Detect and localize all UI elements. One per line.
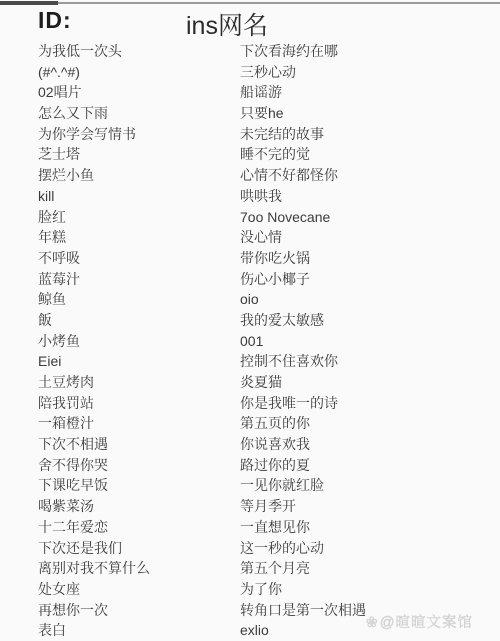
list-item: 喝紫菜汤 (38, 496, 233, 517)
list-item: 为了你 (240, 579, 480, 600)
list-item: 02唱片 (38, 82, 233, 103)
list-item: 十二年爱恋 (38, 517, 233, 538)
list-item: 第五页的你 (240, 413, 480, 434)
list-item: 蓝莓汁 (38, 269, 233, 290)
top-border (0, 2, 500, 4)
list-item: Eiei (38, 351, 233, 372)
list-item: 等月季开 (240, 496, 480, 517)
list-item: 下次不相遇 (38, 434, 233, 455)
list-item: 睡不完的觉 (240, 144, 480, 165)
list-item: 再想你一次 (38, 600, 233, 621)
list-item: 船谣游 (240, 82, 480, 103)
list-item: 脸红 (38, 207, 233, 228)
list-item: 只要he (240, 103, 480, 124)
list-item: 土豆烤肉 (38, 372, 233, 393)
list-item: 为你学会写情书 (38, 124, 233, 145)
list-item: 未完结的故事 (240, 124, 480, 145)
list-item: 一箱橙汁 (38, 413, 233, 434)
list-item: 飯 (38, 310, 233, 331)
list-item: 炎夏猫 (240, 372, 480, 393)
list-item: (#^.^#) (38, 62, 233, 83)
page-title: ins网名 (186, 6, 268, 42)
list-item: 舍不得你哭 (38, 455, 233, 476)
list-item: 没心情 (240, 227, 480, 248)
list-item: 三秒心动 (240, 62, 480, 83)
list-item: 不呼吸 (38, 248, 233, 269)
list-item: 小烤鱼 (38, 331, 233, 352)
id-label: ID: (38, 7, 72, 34)
list-item: 怎么又下雨 (38, 103, 233, 124)
list-item: 离别对我不算什么 (38, 558, 233, 579)
page: ID: ins网名 为我低一次头(#^.^#)02唱片怎么又下雨为你学会写情书芝… (0, 0, 500, 641)
list-item: 我的爱太敏感 (240, 310, 480, 331)
header: ID: ins网名 (38, 7, 480, 39)
list-item: 第五个月亮 (240, 558, 480, 579)
list-item: 哄哄我 (240, 186, 480, 207)
list-item: 摆烂小鱼 (38, 165, 233, 186)
list-item: 心情不好都怪你 (240, 165, 480, 186)
list-item: 001 (240, 331, 480, 352)
watermark-text: @暄暄文案馆 (380, 615, 473, 631)
list-item: 这一秒的心动 (240, 538, 480, 559)
left-column: 为我低一次头(#^.^#)02唱片怎么又下雨为你学会写情书芝士塔摆烂小鱼kill… (38, 41, 233, 641)
list-item: 控制不住喜欢你 (240, 351, 480, 372)
list-item: 下次还是我们 (38, 538, 233, 559)
list-item: 带你吃火锅 (240, 248, 480, 269)
list-item: 你是我唯一的诗 (240, 393, 480, 414)
list-item: 下课吃早饭 (38, 475, 233, 496)
list-item: 你说喜欢我 (240, 434, 480, 455)
list-item: 年糕 (38, 227, 233, 248)
list-item: 下次看海约在哪 (240, 41, 480, 62)
list-item: 路过你的夏 (240, 455, 480, 476)
list-item: 为我低一次头 (38, 41, 233, 62)
list-item: 一直想见你 (240, 517, 480, 538)
list-item: 伤心小椰子 (240, 269, 480, 290)
list-item: 处女座 (38, 579, 233, 600)
list-item: 7oo Novecane (240, 207, 480, 228)
top-border-dark-segment (0, 1, 58, 5)
right-column: 下次看海约在哪三秒心动船谣游只要he未完结的故事睡不完的觉心情不好都怪你哄哄我7… (240, 41, 480, 641)
watermark: ❀@暄暄文案馆 (366, 611, 473, 632)
flower-icon: ❀ (366, 615, 379, 631)
list-item: oio (240, 289, 480, 310)
list-item: 一见你就红脸 (240, 475, 480, 496)
list-item: 表白 (38, 620, 233, 641)
list-item: kill (38, 186, 233, 207)
list-item: 鲸鱼 (38, 289, 233, 310)
name-list: 为我低一次头(#^.^#)02唱片怎么又下雨为你学会写情书芝士塔摆烂小鱼kill… (0, 41, 500, 641)
list-item: 芝士塔 (38, 144, 233, 165)
list-item: 陪我罚站 (38, 393, 233, 414)
